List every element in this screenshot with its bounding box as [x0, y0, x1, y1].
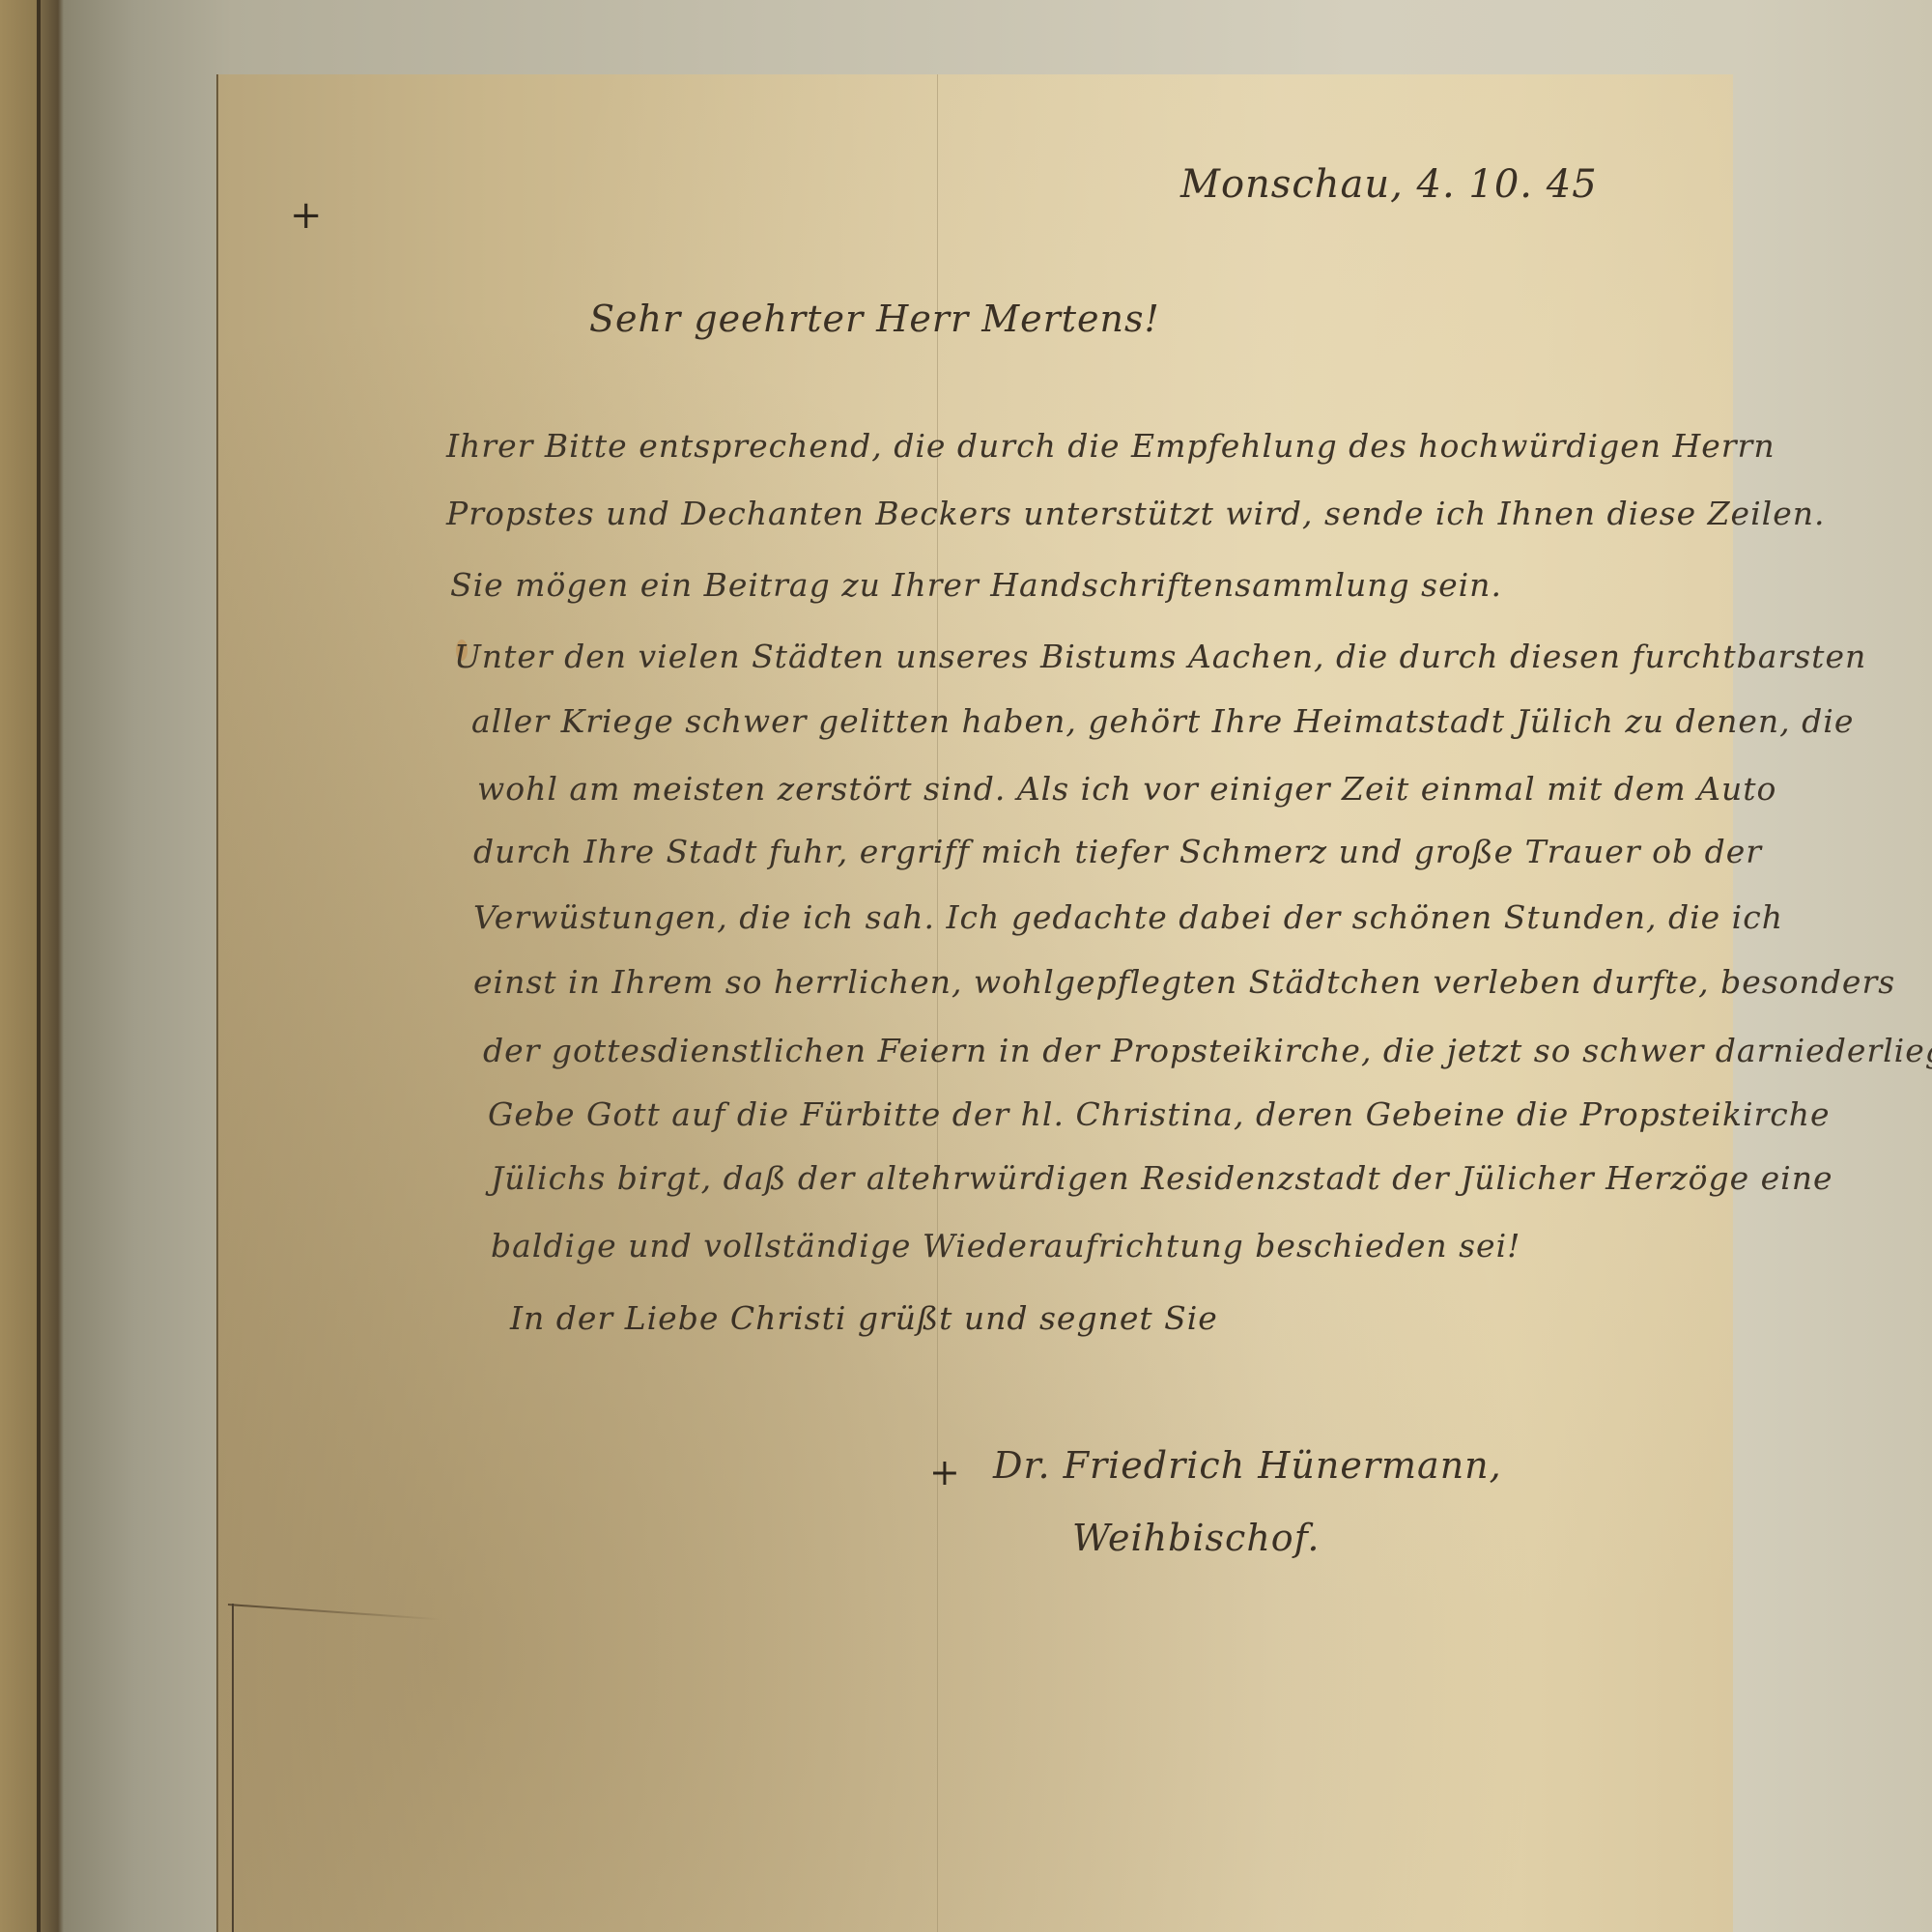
episcopal-cross-mark: +: [929, 1451, 961, 1493]
body-line: baldige und vollständige Wiederaufrichtu…: [491, 1227, 1520, 1264]
body-line: wohl am meisten zerstört sind. Als ich v…: [477, 770, 1776, 808]
body-line: der gottesdienstlichen Feiern in der Pro…: [483, 1032, 1932, 1069]
body-line: aller Kriege schwer gelitten haben, gehö…: [471, 702, 1854, 740]
body-line: Propstes und Dechanten Beckers unterstüt…: [446, 495, 1825, 532]
letter-closing: In der Liebe Christi grüßt und segnet Si…: [510, 1299, 1218, 1337]
backing-board-edge: [0, 0, 41, 1932]
body-line: einst in Ihrem so herrlichen, wohlgepfle…: [473, 963, 1895, 1001]
corner-cross-mark: +: [290, 193, 324, 238]
letter-date-line: Monschau, 4. 10. 45: [1180, 162, 1598, 207]
body-line: Unter den vielen Städten unseres Bistums…: [454, 638, 1866, 675]
letter-salutation: Sehr geehrter Herr Mertens!: [589, 298, 1160, 340]
letter-sheet: [218, 74, 1733, 1932]
body-line: Gebe Gott auf die Fürbitte der hl. Chris…: [488, 1095, 1831, 1133]
paper-fold-line: [937, 74, 938, 1932]
body-line: Sie mögen ein Beitrag zu Ihrer Handschri…: [450, 566, 1502, 604]
paper-lower-flap-edge: [232, 1604, 253, 1932]
signature-name: Dr. Friedrich Hünermann,: [993, 1444, 1502, 1487]
body-line: Ihrer Bitte entsprechend, die durch die …: [446, 427, 1776, 465]
body-line: Verwüstungen, die ich sah. Ich gedachte …: [473, 898, 1783, 936]
body-line: Jülichs birgt, daß der altehrwürdigen Re…: [491, 1159, 1833, 1197]
body-line: durch Ihre Stadt fuhr, ergriff mich tief…: [473, 833, 1762, 870]
signature-title: Weihbischof.: [1072, 1517, 1320, 1559]
